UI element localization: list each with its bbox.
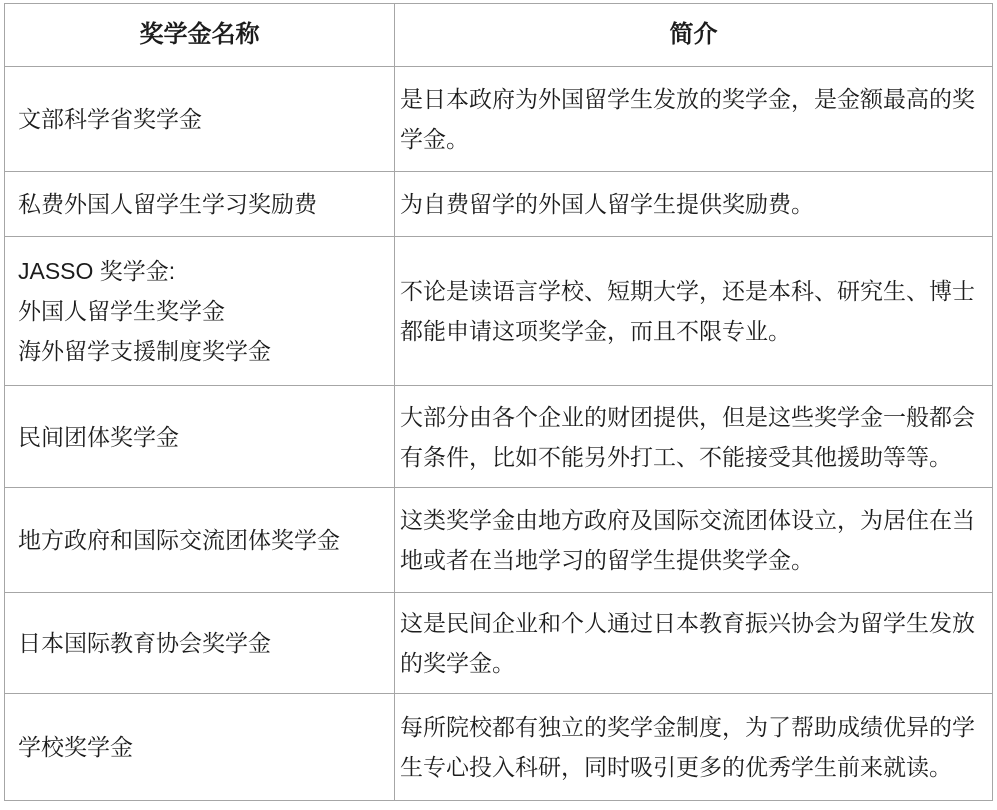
- table-header-row: 奖学金名称 简介: [5, 4, 993, 67]
- column-header-scholarship-name: 奖学金名称: [5, 4, 395, 67]
- scholarship-description: 不论是读语言学校、短期大学，还是本科、研究生、博士都能申请这项奖学金，而且不限专…: [395, 237, 993, 386]
- table-row: 私费外国人留学生学习奖励费 为自费留学的外国人留学生提供奖励费。: [5, 172, 993, 237]
- scholarship-description: 这是民间企业和个人通过日本教育振兴协会为留学生发放的奖学金。: [395, 593, 993, 694]
- column-header-description: 简介: [395, 4, 993, 67]
- scholarship-description: 大部分由各个企业的财团提供，但是这些奖学金一般都会有条件，比如不能另外打工、不能…: [395, 386, 993, 488]
- table-row: 日本国际教育协会奖学金 这是民间企业和个人通过日本教育振兴协会为留学生发放的奖学…: [5, 593, 993, 694]
- table-row: 民间团体奖学金 大部分由各个企业的财团提供，但是这些奖学金一般都会有条件，比如不…: [5, 386, 993, 488]
- scholarship-table: 奖学金名称 简介 文部科学省奖学金 是日本政府为外国留学生发放的奖学金，是金额最…: [4, 3, 993, 801]
- scholarship-name: 文部科学省奖学金: [5, 67, 395, 172]
- scholarship-name: 日本国际教育协会奖学金: [5, 593, 395, 694]
- table-row: 学校奖学金 每所院校都有独立的奖学金制度，为了帮助成绩优异的学生专心投入科研，同…: [5, 694, 993, 801]
- scholarship-name: 地方政府和国际交流团体奖学金: [5, 488, 395, 593]
- scholarship-name: 民间团体奖学金: [5, 386, 395, 488]
- scholarship-name: JASSO 奖学金: 外国人留学生奖学金 海外留学支援制度奖学金: [5, 237, 395, 386]
- scholarship-name: 学校奖学金: [5, 694, 395, 801]
- scholarship-description: 是日本政府为外国留学生发放的奖学金，是金额最高的奖学金。: [395, 67, 993, 172]
- page: 奖学金名称 简介 文部科学省奖学金 是日本政府为外国留学生发放的奖学金，是金额最…: [0, 0, 997, 810]
- table-row: JASSO 奖学金: 外国人留学生奖学金 海外留学支援制度奖学金 不论是读语言学…: [5, 237, 993, 386]
- table-row: 文部科学省奖学金 是日本政府为外国留学生发放的奖学金，是金额最高的奖学金。: [5, 67, 993, 172]
- table-row: 地方政府和国际交流团体奖学金 这类奖学金由地方政府及国际交流团体设立，为居住在当…: [5, 488, 993, 593]
- scholarship-name: 私费外国人留学生学习奖励费: [5, 172, 395, 237]
- scholarship-description: 这类奖学金由地方政府及国际交流团体设立，为居住在当地或者在当地学习的留学生提供奖…: [395, 488, 993, 593]
- scholarship-description: 为自费留学的外国人留学生提供奖励费。: [395, 172, 993, 237]
- scholarship-description: 每所院校都有独立的奖学金制度，为了帮助成绩优异的学生专心投入科研，同时吸引更多的…: [395, 694, 993, 801]
